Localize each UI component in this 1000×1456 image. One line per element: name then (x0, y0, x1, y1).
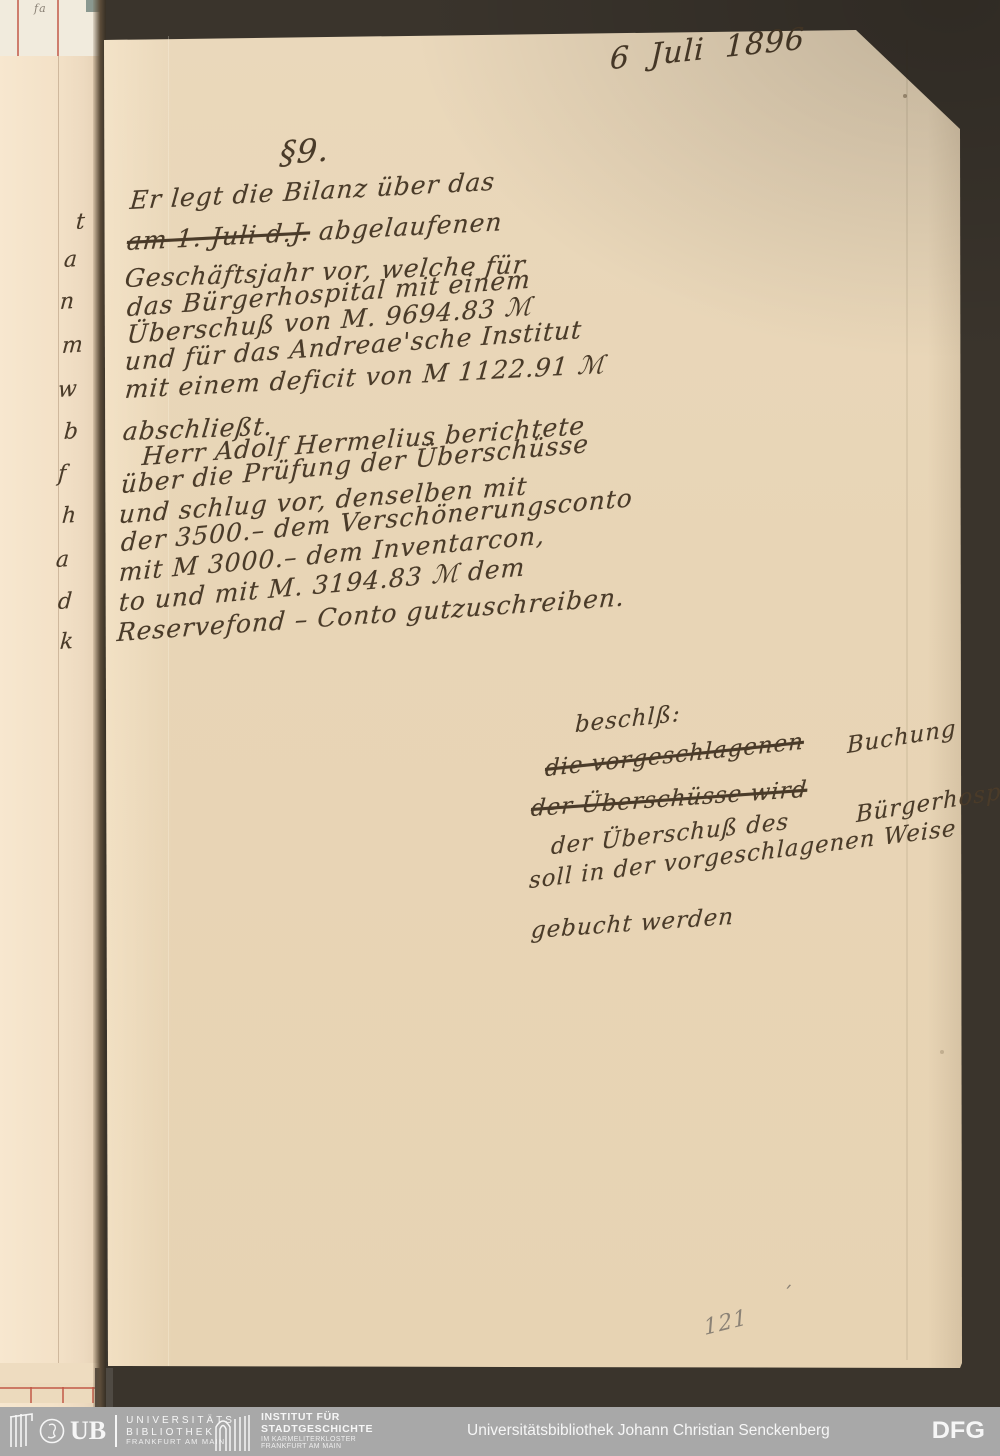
institut-line-3: IM KARMELITERKLOSTER (261, 1436, 373, 1444)
section-heading: §9. (279, 130, 331, 172)
margin-handwriting-fragments: tanmwbfhadk (52, 200, 104, 680)
ub-flag-icon (8, 1413, 34, 1449)
margin-fragment: b (63, 419, 79, 445)
paper-speck (940, 1050, 944, 1054)
margin-fragment: d (57, 589, 73, 615)
karmeliterkloster-arches-icon (213, 1413, 251, 1451)
margin-fragment: k (59, 629, 74, 655)
margin-fragment: a (63, 247, 78, 273)
margin-fragment: t (75, 209, 86, 235)
margin-fragment: w (57, 377, 78, 403)
paper-fold-line (906, 40, 908, 1360)
ub-logo-divider (115, 1415, 117, 1447)
red-rule-line (30, 1387, 32, 1403)
institut-line-1: INSTITUT FÜR (261, 1412, 373, 1424)
scanned-document-viewport: tanmwbfhadk 6 Juli 1896§9.Er legt die Bi… (0, 0, 1000, 1456)
institut-line-2: STADTGESCHICHTE (261, 1424, 373, 1436)
red-rule-line (17, 0, 19, 56)
margin-fragment: h (61, 503, 77, 529)
goethe-portrait-icon (39, 1418, 65, 1444)
handwriting-segment: §9. (279, 130, 331, 172)
margin-fragment: a (55, 547, 70, 573)
pencil-scribble: fa (34, 2, 47, 15)
red-rule-line (62, 1387, 64, 1403)
library-attribution-text: Universitätsbibliothek Johann Christian … (467, 1422, 830, 1440)
margin-fragment: m (61, 332, 84, 359)
margin-fragment: n (59, 289, 75, 315)
page-stack-bottom-step (0, 1363, 103, 1385)
ub-abbreviation: UB (70, 1418, 106, 1444)
dfg-logo: DFG (932, 1417, 985, 1445)
ub-logo: UB UNIVERSITÄTS BIBLIOTHEK FRANKFURT AM … (8, 1413, 235, 1449)
red-rule-line (57, 0, 59, 56)
institut-stadtgeschichte-logo: INSTITUT FÜR STADTGESCHICHTE IM KARMELIT… (213, 1412, 373, 1451)
ruled-ledger-paper-bottom (0, 1383, 95, 1403)
red-rule-line (0, 1387, 95, 1389)
margin-fragment: f (57, 461, 67, 487)
paper-speck (903, 94, 907, 98)
footer-bar: UB UNIVERSITÄTS BIBLIOTHEK FRANKFURT AM … (0, 1407, 1000, 1456)
institut-line-4: FRANKFURT AM MAIN (261, 1443, 373, 1451)
